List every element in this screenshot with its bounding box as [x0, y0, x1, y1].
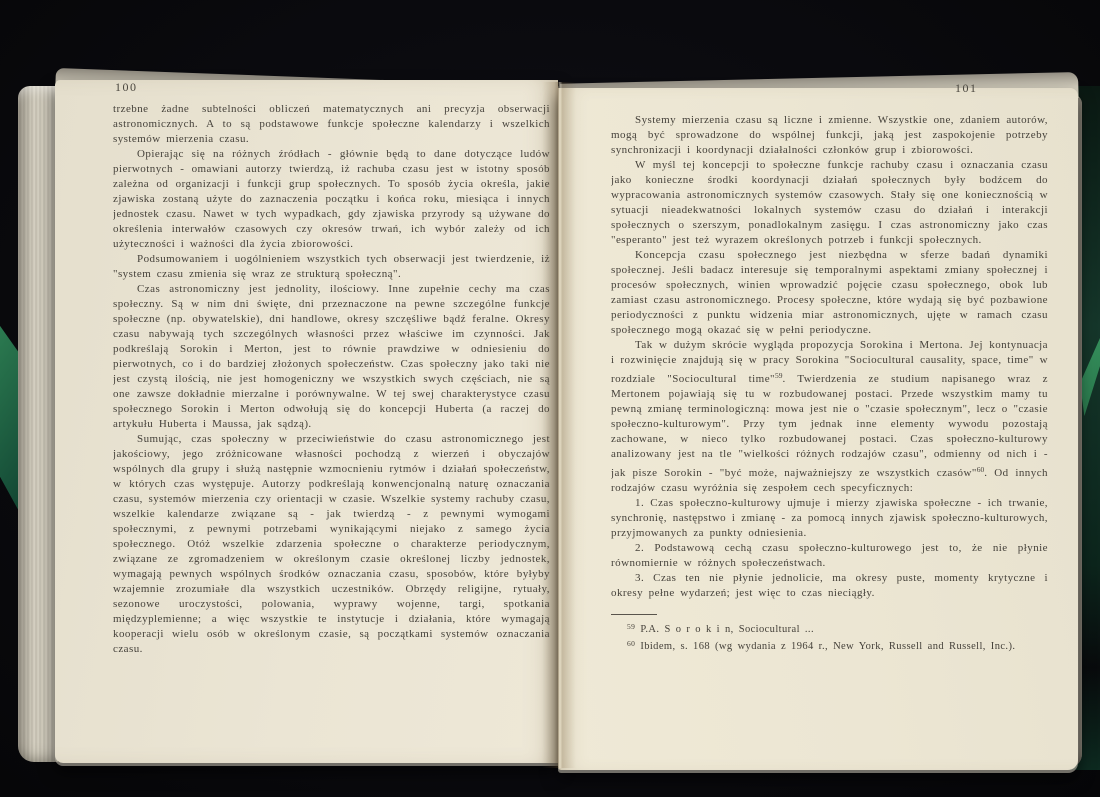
paragraph: Opierając się na różnych źródłach - głów… [113, 147, 550, 252]
footnote: 60Ibidem, s. 168 (wg wydania z 1964 r., … [611, 637, 1048, 654]
left-page: 100 trzebne żadne subtelności obliczeń m… [55, 80, 558, 763]
left-page-text-column: trzebne żadne subtelności obliczeń matem… [113, 102, 550, 750]
numbered-list-item: 3. Czas ten nie płynie jednolicie, ma ok… [611, 571, 1048, 601]
paragraph: trzebne żadne subtelności obliczeń matem… [113, 102, 550, 147]
paragraph: Czas astronomiczny jest jednolity, ilośc… [113, 282, 550, 432]
footnote: 59P.A. S o r o k i n, Sociocultural ... [611, 620, 1048, 637]
numbered-list-item: 2. Podstawową cechą czasu społeczno-kult… [611, 541, 1048, 571]
paragraph: Sumując, czas społeczny w przeciwieństwi… [113, 432, 550, 657]
paragraph: Podsumowaniem i uogólnieniem wszystkich … [113, 252, 550, 282]
footnotes-block: 59P.A. S o r o k i n, Sociocultural ... … [611, 614, 1048, 654]
page-stack-edge-left [18, 86, 58, 762]
footnote-separator-rule [611, 614, 657, 615]
right-page-text-column: Systemy mierzenia czasu są liczne i zmie… [611, 113, 1048, 758]
page-number-left: 100 [115, 80, 138, 95]
footnote-text: Ibidem, s. 168 (wg wydania z 1964 r., Ne… [635, 641, 1015, 652]
footnote-text: P.A. S o r o k i n, Sociocultural ... [635, 624, 814, 635]
book-scan-scene: 100 trzebne żadne subtelności obliczeń m… [0, 0, 1100, 797]
paragraph-with-footnote-refs: Tak w dużym skrócie wygląda propozycja S… [611, 338, 1048, 496]
paragraph-text: . Twierdzenia ze studium napisanego wraz… [611, 373, 1048, 479]
paragraph: Koncepcja czasu społecznego jest niezbęd… [611, 248, 1048, 338]
page-number-right: 101 [955, 81, 978, 96]
paragraph: Systemy mierzenia czasu są liczne i zmie… [611, 113, 1048, 158]
paragraph: W myśl tej koncepcji to społeczne funkcj… [611, 158, 1048, 248]
numbered-list-item: 1. Czas społeczno-kulturowy ujmuje i mie… [611, 496, 1048, 541]
right-page: 101 Systemy mierzenia czasu są liczne i … [558, 88, 1078, 770]
